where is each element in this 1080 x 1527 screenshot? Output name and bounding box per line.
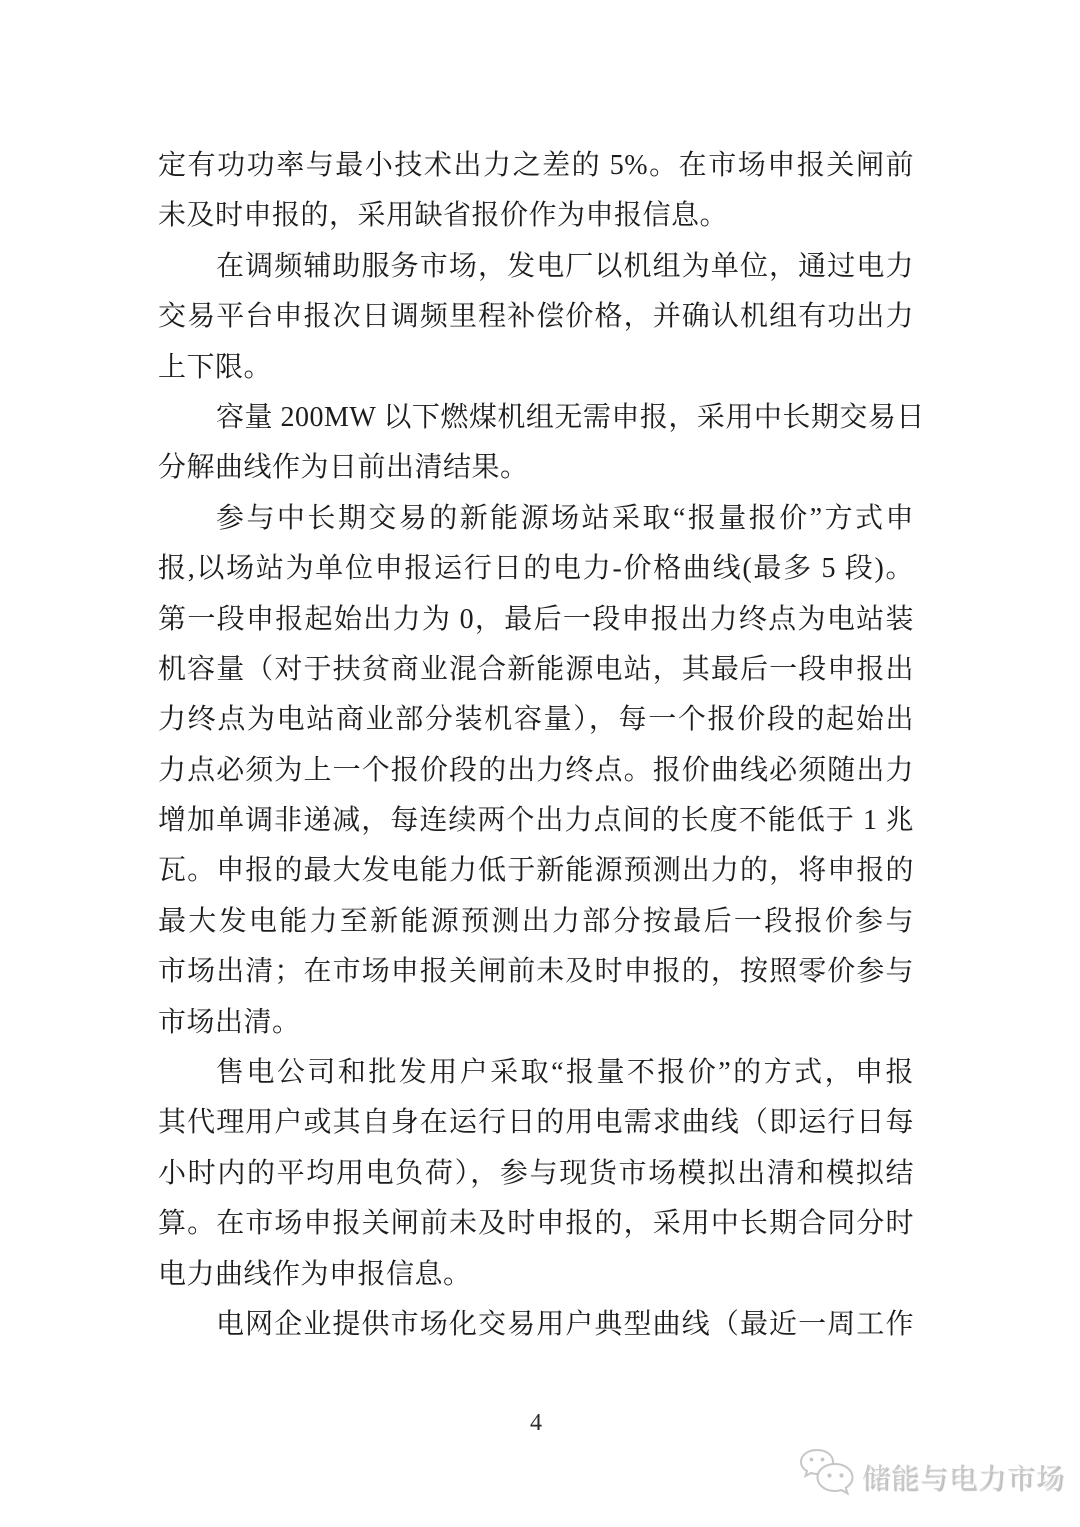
- text-line: 参与中长期交易的新能源场站采取“报量报价”方式申: [158, 494, 914, 544]
- text-line: 容量 200MW 以下燃煤机组无需申报，采用中长期交易日: [158, 393, 914, 443]
- text-block: 定有功功率与最小技术出力之差的 5%。在市场申报关闸前 未及时申报的，采用缺省报…: [158, 141, 914, 1350]
- text-line: 售电公司和批发用户采取“报量不报价”的方式，申报: [158, 1048, 914, 1098]
- text-line: 小时内的平均用电负荷），参与现货市场模拟出清和模拟结: [158, 1149, 914, 1199]
- text-line: 机容量（对于扶贫商业混合新能源电站，其最后一段申报出: [158, 645, 914, 695]
- text-line: 第一段申报起始出力为 0，最后一段申报出力终点为电站装: [158, 595, 914, 645]
- watermark: 储能与电力市场: [796, 1446, 1065, 1507]
- text-line: 增加单调非递减，每连续两个出力点间的长度不能低于 1 兆: [158, 796, 914, 846]
- text-line: 报,以场站为单位申报运行日的电力-价格曲线(最多 5 段)。: [158, 544, 914, 594]
- text-line: 最大发电能力至新能源预测出力部分按最后一段报价参与: [158, 897, 914, 947]
- text-line: 瓦。申报的最大发电能力低于新能源预测出力的，将申报的: [158, 846, 914, 896]
- text-line: 交易平台申报次日调频里程补偿价格，并确认机组有功出力: [158, 292, 914, 342]
- text-line: 在调频辅助服务市场，发电厂以机组为单位，通过电力: [158, 242, 914, 292]
- page-number: 4: [158, 1410, 914, 1437]
- text-line: 电力曲线作为申报信息。: [158, 1250, 914, 1300]
- text-line: 未及时申报的，采用缺省报价作为申报信息。: [158, 191, 914, 241]
- text-line: 上下限。: [158, 343, 914, 393]
- text-line: 市场出清。: [158, 998, 914, 1048]
- text-line: 算。在市场申报关闸前未及时申报的，采用中长期合同分时: [158, 1199, 914, 1249]
- text-line: 力终点为电站商业部分装机容量），每一个报价段的起始出: [158, 695, 914, 745]
- text-line: 分解曲线作为日前出清结果。: [158, 443, 914, 493]
- text-line: 力点必须为上一个报价段的出力终点。报价曲线必须随出力: [158, 746, 914, 796]
- document-page: 定有功功率与最小技术出力之差的 5%。在市场申报关闸前 未及时申报的，采用缺省报…: [0, 0, 1080, 1527]
- text-line: 定有功功率与最小技术出力之差的 5%。在市场申报关闸前: [158, 141, 914, 191]
- text-line: 电网企业提供市场化交易用户典型曲线（最近一周工作: [158, 1300, 914, 1350]
- text-line: 市场出清；在市场申报关闸前未及时申报的，按照零价参与: [158, 947, 914, 997]
- wechat-icon: [796, 1446, 856, 1507]
- text-line: 其代理用户或其自身在运行日的用电需求曲线（即运行日每: [158, 1098, 914, 1148]
- watermark-label: 储能与电力市场: [862, 1457, 1065, 1497]
